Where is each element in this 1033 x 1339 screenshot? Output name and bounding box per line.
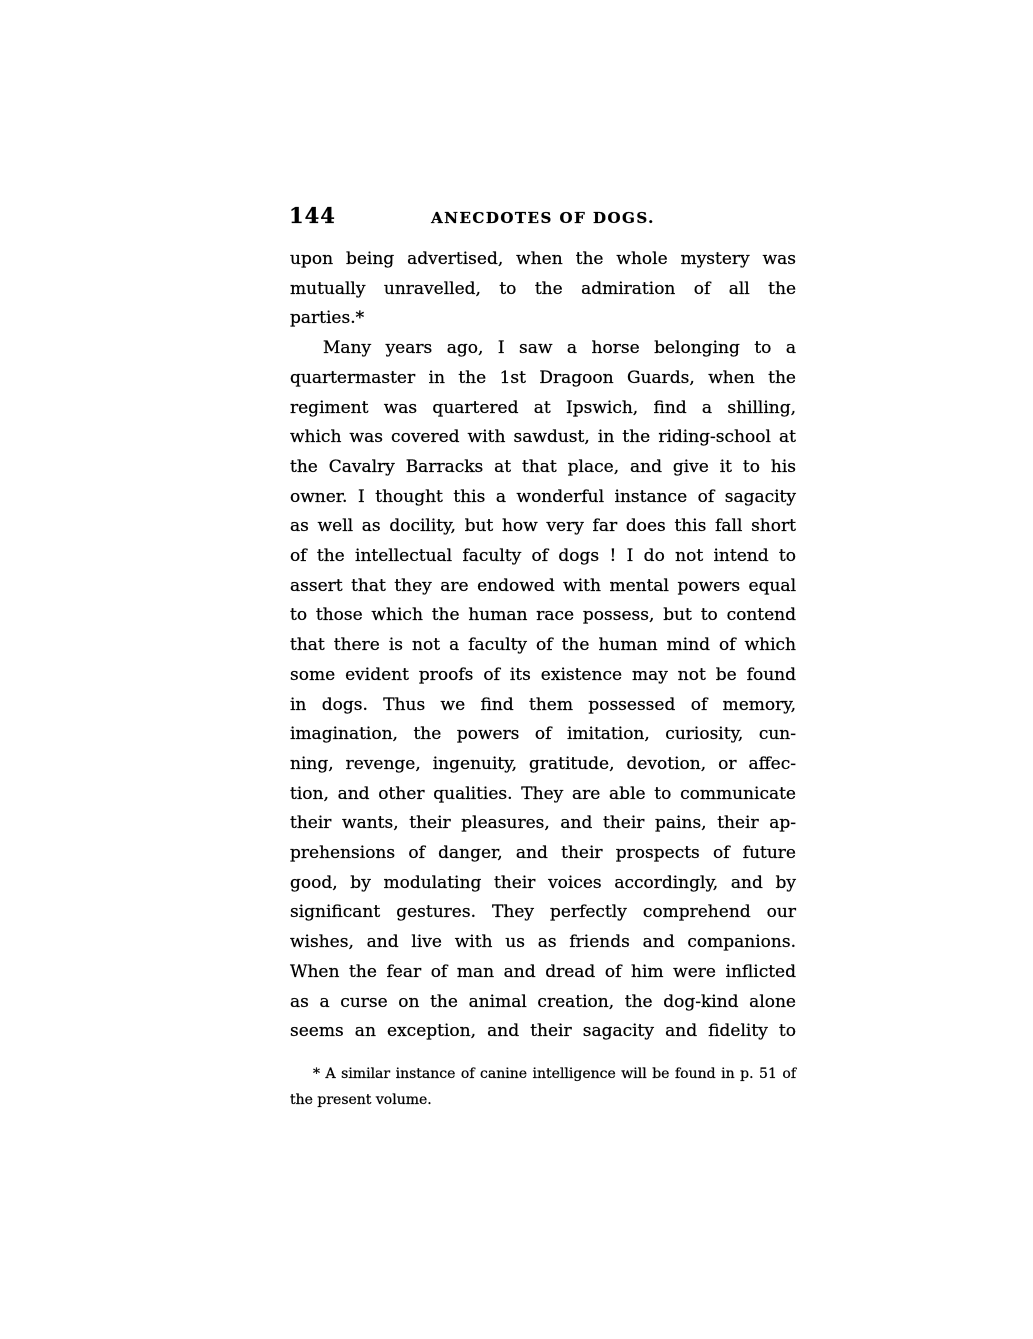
text-line: significant gestures. They perfectly com… [290, 898, 796, 928]
text-line: seems an exception, and their sagacity a… [290, 1017, 796, 1047]
text-line: tion, and other qualities. They are able… [290, 780, 796, 810]
text-line: upon being advertised, when the whole my… [290, 245, 796, 275]
text-line: When the fear of man and dread of him we… [290, 958, 796, 988]
text-line: quartermaster in the 1st Dragoon Guards,… [290, 364, 796, 394]
footnote-line: the present volume. [290, 1087, 796, 1113]
text-line: their wants, their pleasures, and their … [290, 809, 796, 839]
text-line: good, by modulating their voices accordi… [290, 869, 796, 899]
running-header: ANECDOTES OF DOGS. [290, 209, 796, 227]
text-line: prehensions of danger, and their prospec… [290, 839, 796, 869]
text-line: parties.* [290, 304, 796, 334]
text-line: ning, revenge, ingenuity, gratitude, dev… [290, 750, 796, 780]
text-line: Many years ago, I saw a horse belonging … [290, 334, 796, 364]
text-line: wishes, and live with us as friends and … [290, 928, 796, 958]
text-line: which was covered with sawdust, in the r… [290, 423, 796, 453]
footnote-line: * A similar instance of canine intellige… [290, 1061, 796, 1087]
text-line: regiment was quartered at Ipswich, find … [290, 394, 796, 424]
text-line: the Cavalry Barracks at that place, and … [290, 453, 796, 483]
book-page: 144 ANECDOTES OF DOGS. upon being advert… [0, 0, 1033, 1339]
text-line: as a curse on the animal creation, the d… [290, 988, 796, 1018]
text-line: some evident proofs of its existence may… [290, 661, 796, 691]
text-line: in dogs. Thus we find them possessed of … [290, 691, 796, 721]
text-line: assert that they are endowed with mental… [290, 572, 796, 602]
text-line: that there is not a faculty of the human… [290, 631, 796, 661]
text-line: imagination, the powers of imitation, cu… [290, 720, 796, 750]
text-line: to those which the human race possess, b… [290, 601, 796, 631]
text-line: of the intellectual faculty of dogs ! I … [290, 542, 796, 572]
body-text: upon being advertised, when the whole my… [290, 245, 796, 1047]
text-line: owner. I thought this a wonderful instan… [290, 483, 796, 513]
footnote: * A similar instance of canine intellige… [290, 1061, 796, 1113]
text-line: mutually unravelled, to the admiration o… [290, 275, 796, 305]
text-line: as well as docility, but how very far do… [290, 512, 796, 542]
